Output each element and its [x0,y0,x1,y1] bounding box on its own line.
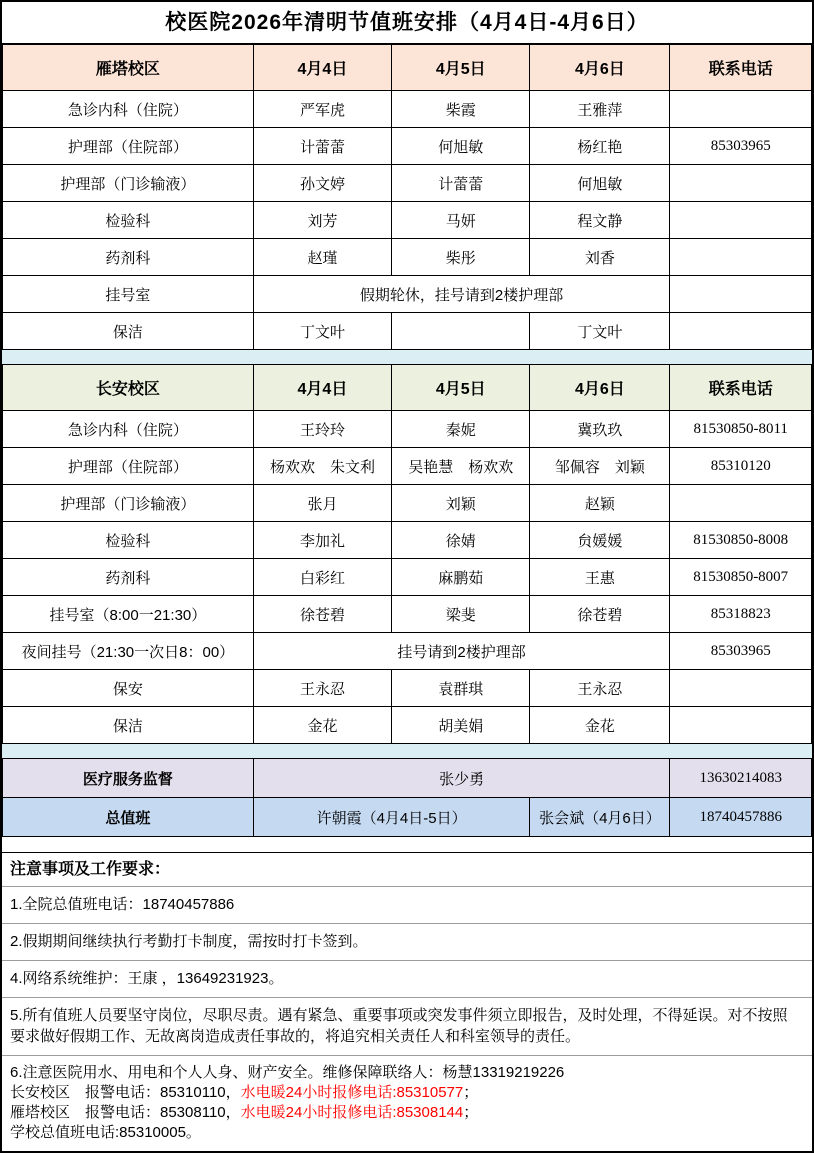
duty-person-cell: 王玲玲 [253,411,391,448]
duty-person-cell: 刘芳 [253,202,391,239]
date-header-cell: 4月4日 [253,45,391,91]
dept-cell: 护理部（门诊输液） [3,165,254,202]
dept-cell: 保洁 [3,313,254,350]
duty-person-cell: 杨欢欢 朱文利 [253,448,391,485]
phone-cell [670,202,812,239]
note-line: 长安校区 报警电话：85310110，水电暖24小时报修电话:85310577； [10,1083,802,1103]
date-header-cell: 4月6日 [530,365,670,411]
phone-cell [670,239,812,276]
dept-cell: 保洁 [3,707,254,744]
table-row: 挂号室（8:00一21:30） 徐苍碧 梁斐 徐苍碧 85318823 [3,596,812,633]
merged-note-cell: 挂号请到2楼护理部 [253,633,670,670]
duty-person-cell: 白彩红 [253,559,391,596]
separator-band [2,350,812,364]
table-row: 检验科 李加礼 徐婧 贠媛媛 81530850-8008 [3,522,812,559]
admin-table: 医疗服务监督 张少勇 13630214083 总值班 许朝霞（4月4日-5日） … [2,758,812,837]
note-text: 长安校区 报警电话：85310110， [10,1084,241,1101]
date-header-cell: 4月5日 [392,45,530,91]
changan-header-row: 长安校区 4月4日 4月5日 4月6日 联系电话 [3,365,812,411]
page-title: 校医院2026年清明节值班安排（4月4日-4月6日） [2,2,812,44]
note-line: 6.注意医院用水、用电和个人人身、财产安全。维修保障联络人：杨慧13319219… [10,1063,802,1083]
duty-person-cell: 刘香 [530,239,670,276]
duty-person-cell: 赵颖 [530,485,670,522]
dept-cell: 急诊内科（住院） [3,91,254,128]
table-row: 保洁 丁文叶 丁文叶 [3,313,812,350]
duty-person-cell: 王雅萍 [530,91,670,128]
campus-header-cell: 长安校区 [3,365,254,411]
dept-cell: 挂号室 [3,276,254,313]
note-item: 1.全院总值班电话：18740457886 [2,887,812,924]
duty-person-cell: 丁文叶 [530,313,670,350]
duty-person-cell: 胡美娟 [392,707,530,744]
phone-cell [670,670,812,707]
chief-person-cell: 张会斌（4月6日） [530,798,670,837]
dept-cell: 急诊内科（住院） [3,411,254,448]
phone-cell: 81530850-8007 [670,559,812,596]
table-row: 保安 王永忍 袁群琪 王永忍 [3,670,812,707]
alert-text: 水电暖24小时报修电话:85310577 [241,1084,464,1101]
phone-cell: 85303965 [670,633,812,670]
duty-person-cell: 何旭敏 [392,128,530,165]
separator-band [2,744,812,758]
dept-cell: 护理部（门诊输液） [3,485,254,522]
schedule-sheet: 校医院2026年清明节值班安排（4月4日-4月6日） 雁塔校区 4月4日 4月5… [0,0,814,1153]
dept-cell: 挂号室（8:00一21:30） [3,596,254,633]
note-line: 雁塔校区 报警电话：85308110，水电暖24小时报修电话:85308144； [10,1103,802,1123]
dept-cell: 夜间挂号（21:30一次日8：00） [3,633,254,670]
note-item: 6.注意医院用水、用电和个人人身、财产安全。维修保障联络人：杨慧13319219… [2,1056,812,1151]
dept-cell: 药剂科 [3,239,254,276]
date-header-cell: 4月6日 [530,45,670,91]
table-row: 护理部（门诊输液） 张月 刘颖 赵颖 [3,485,812,522]
date-header-cell: 4月4日 [253,365,391,411]
supervision-person-cell: 张少勇 [253,759,670,798]
phone-cell: 13630214083 [670,759,812,798]
duty-person-cell: 李加礼 [253,522,391,559]
yanta-table: 雁塔校区 4月4日 4月5日 4月6日 联系电话 急诊内科（住院） 严军虎 柴霞… [2,44,812,350]
phone-cell [670,276,812,313]
duty-person-cell: 赵瑾 [253,239,391,276]
chief-duty-row: 总值班 许朝霞（4月4日-5日） 张会斌（4月6日） 18740457886 [3,798,812,837]
dept-cell: 保安 [3,670,254,707]
duty-person-cell: 徐苍碧 [530,596,670,633]
duty-person-cell: 王永忍 [253,670,391,707]
chief-duty-label: 总值班 [3,798,254,837]
table-row: 护理部（门诊输液） 孙文婷 计蕾蕾 何旭敏 [3,165,812,202]
chief-person-cell: 许朝霞（4月4日-5日） [253,798,530,837]
yanta-header-row: 雁塔校区 4月4日 4月5日 4月6日 联系电话 [3,45,812,91]
table-row: 急诊内科（住院） 王玲玲 秦妮 冀玖玖 81530850-8011 [3,411,812,448]
duty-person-cell: 袁群琪 [392,670,530,707]
table-row: 急诊内科（住院） 严军虎 柴霞 王雅萍 [3,91,812,128]
duty-person-cell: 徐苍碧 [253,596,391,633]
table-row: 护理部（住院部） 杨欢欢 朱文利 吴艳慧 杨欢欢 邹佩容 刘颖 85310120 [3,448,812,485]
note-item: 2.假期期间继续执行考勤打卡制度，需按时打卡签到。 [2,924,812,961]
phone-cell [670,165,812,202]
duty-person-cell: 王惠 [530,559,670,596]
duty-person-cell: 贠媛媛 [530,522,670,559]
duty-person-cell: 麻鹏茹 [392,559,530,596]
phone-cell [670,485,812,522]
duty-person-cell: 杨红艳 [530,128,670,165]
alert-text: 水电暖24小时报修电话:85308144 [241,1104,464,1121]
duty-person-cell: 冀玖玖 [530,411,670,448]
duty-person-cell: 金花 [530,707,670,744]
phone-cell: 81530850-8008 [670,522,812,559]
notes-title: 注意事项及工作要求： [2,853,812,887]
dept-cell: 药剂科 [3,559,254,596]
dept-cell: 护理部（住院部） [3,128,254,165]
duty-person-cell: 邹佩容 刘颖 [530,448,670,485]
phone-cell: 18740457886 [670,798,812,837]
phone-header-cell: 联系电话 [670,365,812,411]
duty-person-cell: 孙文婷 [253,165,391,202]
duty-person-cell: 马妍 [392,202,530,239]
duty-person-cell: 秦妮 [392,411,530,448]
note-item: 4.网络系统维护：王康 ，13649231923。 [2,961,812,998]
phone-header-cell: 联系电话 [670,45,812,91]
phone-cell [670,91,812,128]
table-row: 检验科 刘芳 马妍 程文静 [3,202,812,239]
duty-person-cell: 刘颖 [392,485,530,522]
notes-section: 注意事项及工作要求： 1.全院总值班电话：18740457886 2.假期期间继… [2,852,812,1151]
dept-cell: 检验科 [3,202,254,239]
duty-person-cell [392,313,530,350]
date-header-cell: 4月5日 [392,365,530,411]
phone-cell [670,707,812,744]
phone-cell: 85303965 [670,128,812,165]
duty-person-cell: 程文静 [530,202,670,239]
note-text: ； [463,1084,478,1101]
phone-cell: 85310120 [670,448,812,485]
duty-person-cell: 柴彤 [392,239,530,276]
white-gap [2,837,812,852]
duty-person-cell: 吴艳慧 杨欢欢 [392,448,530,485]
duty-person-cell: 徐婧 [392,522,530,559]
duty-person-cell: 张月 [253,485,391,522]
duty-person-cell: 柴霞 [392,91,530,128]
phone-cell [670,313,812,350]
changan-table: 长安校区 4月4日 4月5日 4月6日 联系电话 急诊内科（住院） 王玲玲 秦妮… [2,364,812,744]
note-line: 学校总值班电话:85310005。 [10,1123,802,1143]
duty-person-cell: 梁斐 [392,596,530,633]
dept-cell: 护理部（住院部） [3,448,254,485]
duty-person-cell: 丁文叶 [253,313,391,350]
table-row: 夜间挂号（21:30一次日8：00） 挂号请到2楼护理部 85303965 [3,633,812,670]
table-row: 护理部（住院部） 计蕾蕾 何旭敏 杨红艳 85303965 [3,128,812,165]
phone-cell: 85318823 [670,596,812,633]
phone-cell: 81530850-8011 [670,411,812,448]
table-row: 药剂科 白彩红 麻鹏茹 王惠 81530850-8007 [3,559,812,596]
supervision-label: 医疗服务监督 [3,759,254,798]
note-text: 雁塔校区 报警电话：85308110， [10,1104,241,1121]
dept-cell: 检验科 [3,522,254,559]
merged-note-cell: 假期轮休，挂号请到2楼护理部 [253,276,670,313]
table-row: 保洁 金花 胡美娟 金花 [3,707,812,744]
note-text: ； [463,1104,478,1121]
duty-person-cell: 计蕾蕾 [392,165,530,202]
table-row: 挂号室 假期轮休，挂号请到2楼护理部 [3,276,812,313]
campus-header-cell: 雁塔校区 [3,45,254,91]
duty-person-cell: 金花 [253,707,391,744]
table-row: 药剂科 赵瑾 柴彤 刘香 [3,239,812,276]
duty-person-cell: 计蕾蕾 [253,128,391,165]
duty-person-cell: 严军虎 [253,91,391,128]
duty-person-cell: 何旭敏 [530,165,670,202]
note-item: 5.所有值班人员要坚守岗位，尽职尽责。遇有紧急、重要事项或突发事件须立即报告，及… [2,998,812,1056]
duty-person-cell: 王永忍 [530,670,670,707]
supervision-row: 医疗服务监督 张少勇 13630214083 [3,759,812,798]
